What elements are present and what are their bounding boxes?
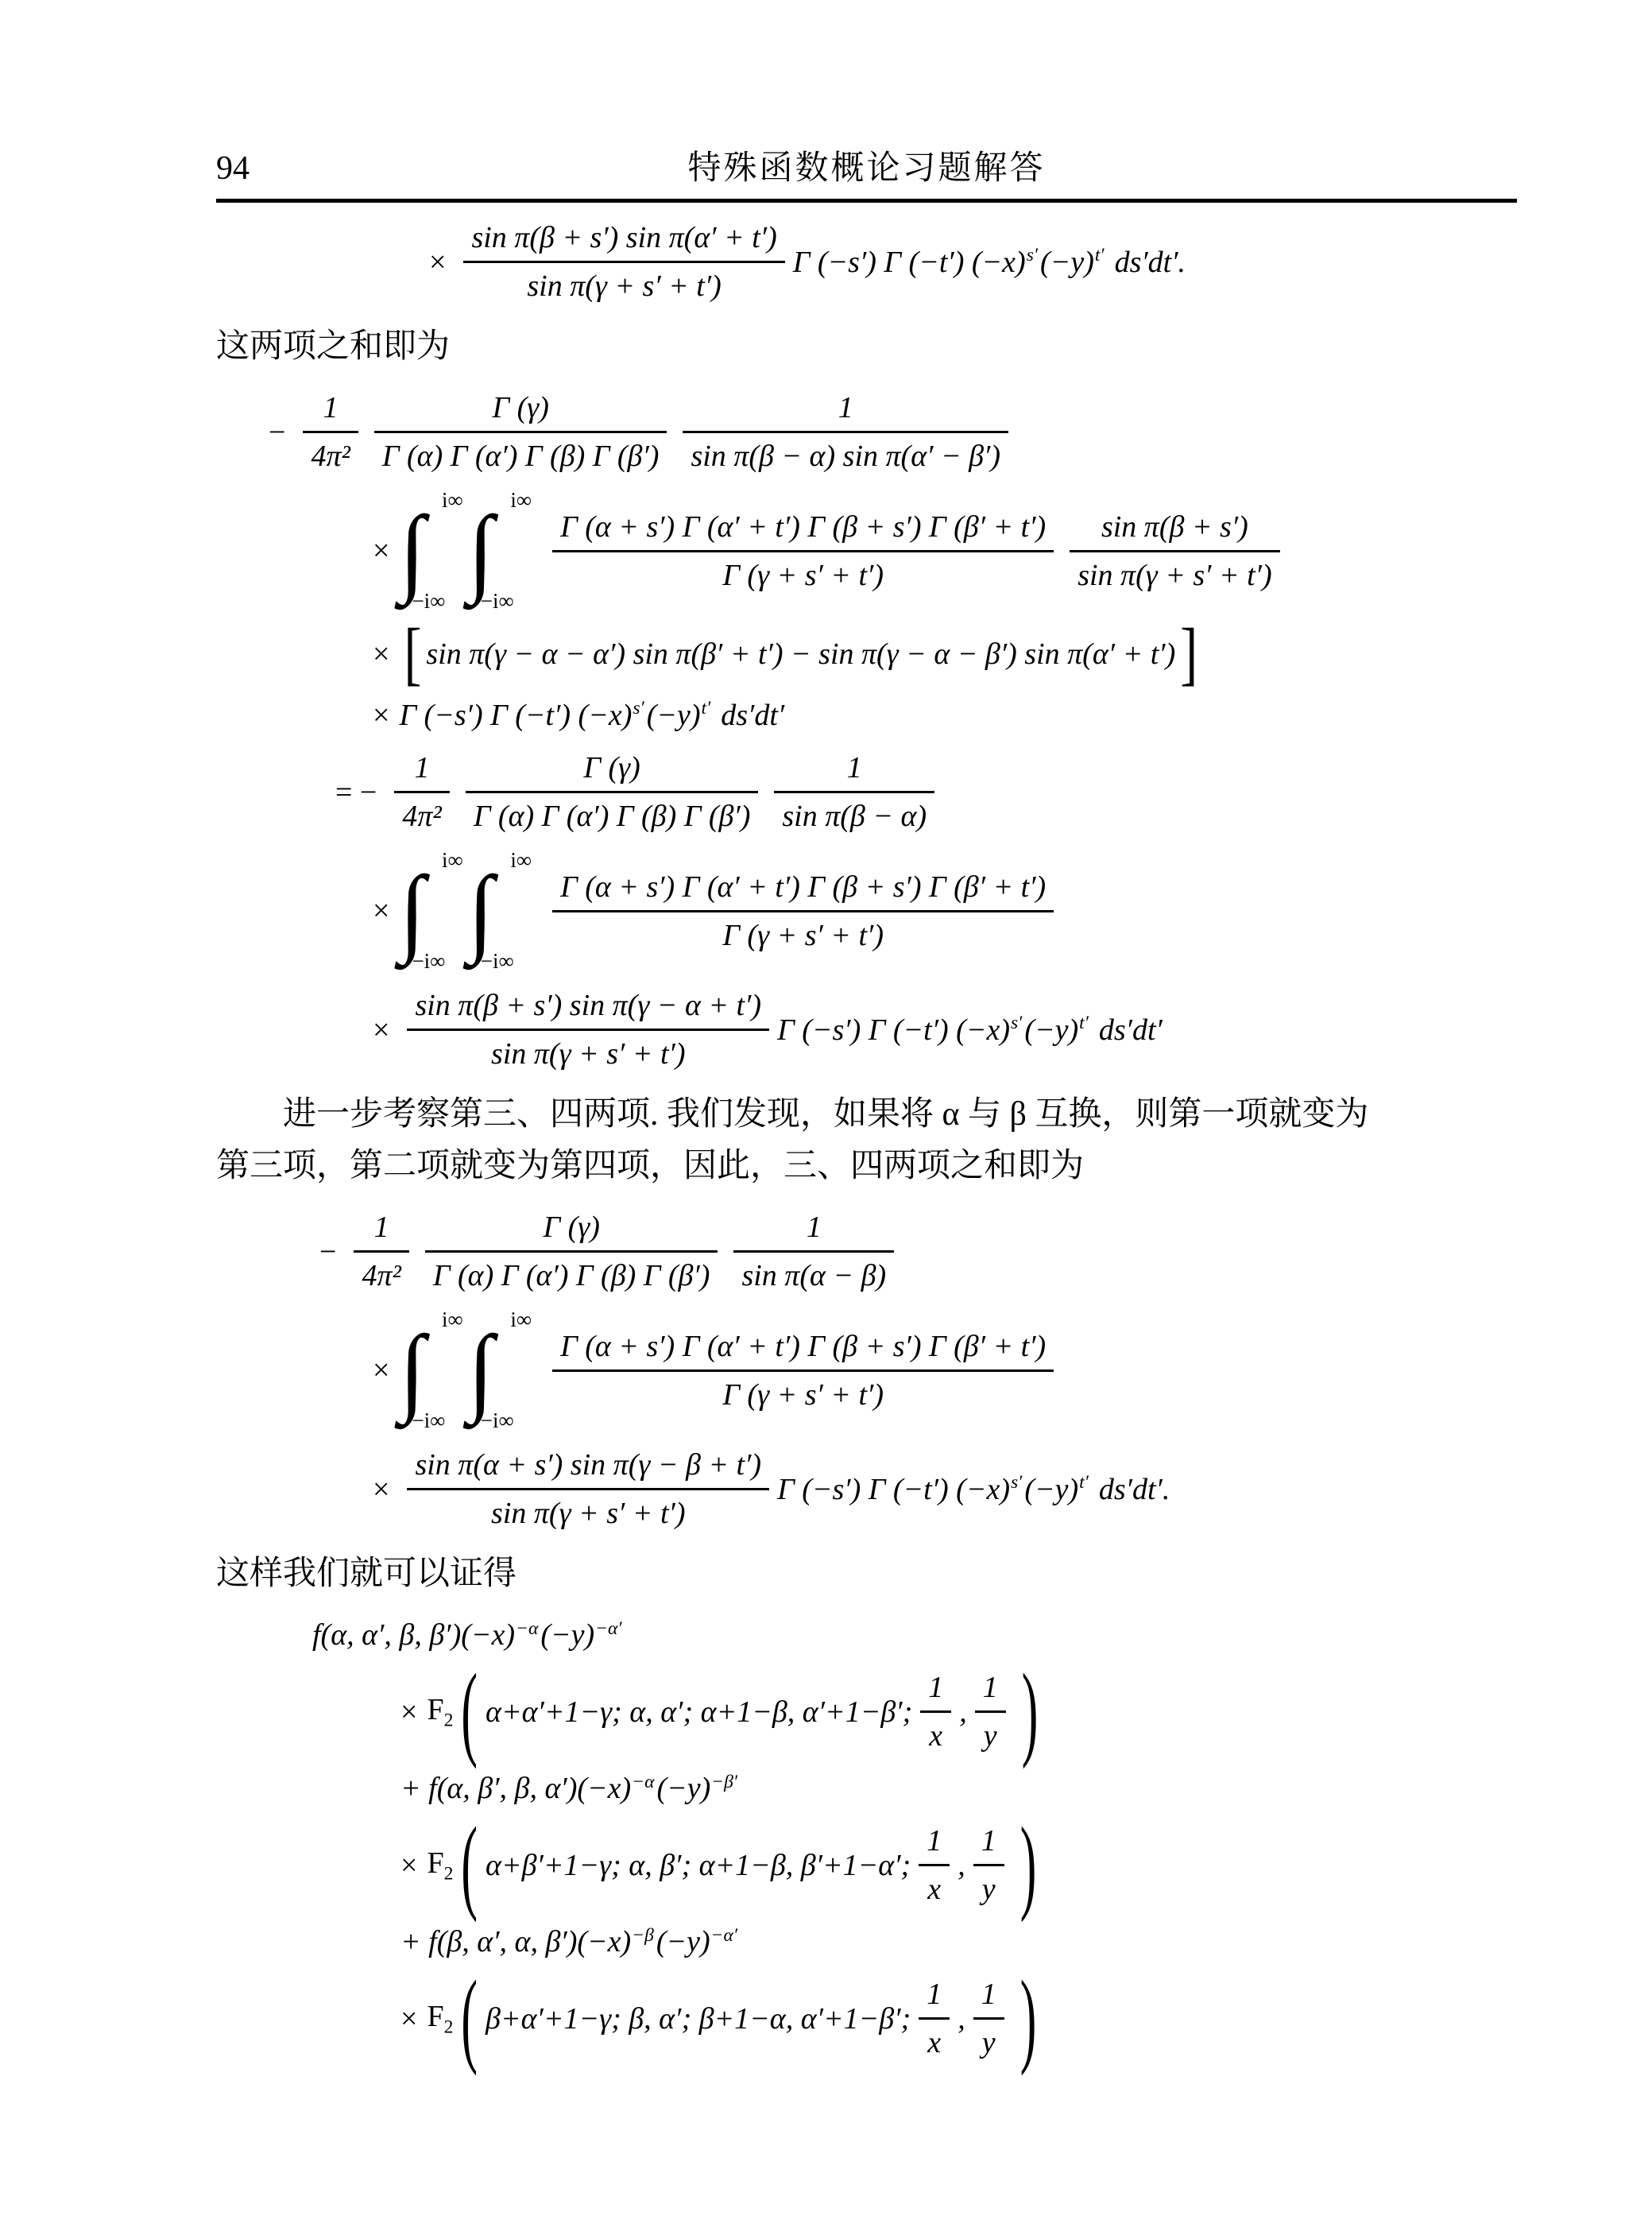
left-paren: ( (461, 1659, 478, 1765)
sin-fraction: sin π(β + s′) sin π(γ + s′ + t′) (1070, 509, 1279, 593)
sin-fraction: sin π(β + s′) sin π(γ − α + t′) sin π(γ … (407, 988, 769, 1071)
coef-fraction: 1 4π² (354, 1210, 408, 1293)
f2-function: F2 (427, 1692, 453, 1732)
sin-fraction: sin π(β + s′) sin π(α′ + t′) sin π(γ + s… (463, 220, 784, 304)
f2-arguments: α+α′+1−γ; α, α′; α+1−β, α′+1−β′; (486, 1695, 912, 1730)
gamma-tail: Γ (−s′) Γ (−t′) (−x)s′(−y)t′ds′dt′ (777, 1013, 1163, 1048)
one-over-x: 1 x (919, 1977, 950, 2060)
times-sign: × (373, 1013, 389, 1048)
times-sign: × (400, 1848, 417, 1883)
f-term-1: f(α, α′, β, β′)(−x)−α(−y)−α′ (312, 1617, 625, 1652)
f2-function: F2 (427, 1999, 453, 2039)
double-integral: ∫ i∞ −i∞ ∫ i∞ −i∞ (399, 1311, 536, 1430)
gamma-product-fraction: Γ (α + s′) Γ (α′ + t′) Γ (β + s′) Γ (β′ … (552, 509, 1054, 593)
formula-c2: × F2 ( α+α′+1−γ; α, α′; α+1−β, α′+1−β′; … (400, 1670, 1517, 1753)
left-bracket: [ (404, 619, 421, 690)
times-sign: × (400, 2001, 417, 2036)
f-term-3: + f(β, α′, α, β′)(−x)−β(−y)−α′ (400, 1924, 740, 1959)
comma: , (958, 2001, 965, 2036)
integral-sign: ∫ i∞ −i∞ (399, 1311, 467, 1430)
sin-fraction: 1 sin π(β − α) (774, 750, 934, 834)
gamma-tail: Γ (−s′) Γ (−t′) (−x)s′(−y)t′ds′dt′. (793, 245, 1186, 280)
times-sign: × (373, 698, 389, 733)
formula-c6: × F2 ( β+α′+1−γ; β, α′; β+1−α, α′+1−β′; … (400, 1977, 1517, 2060)
one-over-x: 1 x (919, 1823, 950, 1907)
gamma-tail: Γ (−s′) Γ (−t′) (−x)s′(−y)t′ds′dt′. (777, 1472, 1170, 1507)
header-rule (216, 199, 1517, 203)
times-sign: × (373, 637, 389, 672)
formula-c1: f(α, α′, β, β′)(−x)−α(−y)−α′ (312, 1617, 1517, 1652)
times-sign: × (400, 1695, 417, 1730)
gamma-fraction: Γ (γ) Γ (α) Γ (α′) Γ (β) Γ (β′) (425, 1210, 718, 1293)
times-sign: × (373, 533, 389, 568)
comma: , (959, 1695, 967, 1730)
gamma-product-fraction: Γ (α + s′) Γ (α′ + t′) Γ (β + s′) Γ (β′ … (552, 870, 1054, 953)
times-sign: × (429, 245, 446, 280)
double-integral: ∫ i∞ −i∞ ∫ i∞ −i∞ (399, 491, 536, 610)
integral-sign: ∫ i∞ −i∞ (468, 1311, 536, 1430)
equals-minus-sign: = − (335, 775, 377, 810)
f2-arguments: β+α′+1−γ; β, α′; β+1−α, α′+1−β′; (486, 2001, 911, 2036)
left-paren: ( (461, 1812, 478, 1918)
sin-fraction: 1 sin π(β − α) sin π(α′ − β′) (683, 390, 1008, 474)
formula-continuation: × sin π(β + s′) sin π(α′ + t′) sin π(γ +… (429, 220, 1517, 304)
formula-a4: × Γ (−s′) Γ (−t′) (−x)s′(−y)t′ds′dt′ (373, 698, 1517, 733)
times-sign: × (373, 1472, 389, 1507)
right-bracket: ] (1180, 619, 1197, 690)
times-sign: × (373, 893, 389, 928)
formula-a3: × [ sin π(γ − α − α′) sin π(β′ + t′) − s… (373, 628, 1517, 680)
formula-c3: + f(α, β′, β, α′)(−x)−α(−y)−β′ (400, 1771, 1517, 1806)
formula-a1: − 1 4π² Γ (γ) Γ (α) Γ (α′) Γ (β) Γ (β′) … (269, 390, 1517, 474)
coef-fraction: 1 4π² (394, 750, 449, 834)
f2-arguments: α+β′+1−γ; α, β′; α+1−β, β′+1−α′; (486, 1848, 911, 1883)
formula-a6: × ∫ i∞ −i∞ ∫ i∞ −i∞ Γ (α + s′) Γ (α′ + t… (373, 851, 1517, 970)
right-paren: ) (1022, 1659, 1039, 1765)
one-over-y: 1 y (975, 1670, 1006, 1753)
paragraph-sum-of-two-terms: 这两项之和即为 (216, 321, 1517, 373)
formula-a7: × sin π(β + s′) sin π(γ − α + t′) sin π(… (373, 988, 1517, 1071)
formula-a2: × ∫ i∞ −i∞ ∫ i∞ −i∞ Γ (α + s′) Γ (α′ + t… (373, 491, 1517, 610)
sin-difference-terms: sin π(γ − α − α′) sin π(β′ + t′) − sin π… (426, 637, 1175, 672)
f2-function: F2 (427, 1846, 453, 1885)
sin-fraction: 1 sin π(α − β) (733, 1210, 894, 1293)
formula-c4: × F2 ( α+β′+1−γ; α, β′; α+1−β, β′+1−α′; … (400, 1823, 1517, 1907)
gamma-product-fraction: Γ (α + s′) Γ (α′ + t′) Γ (β + s′) Γ (β′ … (552, 1329, 1054, 1412)
one-over-y: 1 y (973, 1977, 1004, 2060)
one-over-x: 1 x (920, 1670, 951, 1753)
formula-a5: = − 1 4π² Γ (γ) Γ (α) Γ (α′) Γ (β) Γ (β′… (335, 750, 1517, 834)
page-header: 94 特殊函数概论习题解答 (216, 141, 1517, 189)
integral-sign: ∫ i∞ −i∞ (468, 491, 536, 610)
formula-b1: − 1 4π² Γ (γ) Γ (α) Γ (α′) Γ (β) Γ (β′) … (319, 1210, 1517, 1293)
minus-sign: − (269, 415, 285, 450)
formula-c5: + f(β, α′, α, β′)(−x)−β(−y)−α′ (400, 1924, 1517, 1959)
double-integral: ∫ i∞ −i∞ ∫ i∞ −i∞ (399, 851, 536, 970)
integral-sign: ∫ i∞ −i∞ (399, 491, 467, 610)
sin-fraction: sin π(α + s′) sin π(γ − β + t′) sin π(γ … (407, 1447, 769, 1531)
left-paren: ( (461, 1966, 478, 2071)
one-over-y: 1 y (973, 1823, 1004, 1907)
paragraph-thus-we-prove: 这样我们就可以证得 (216, 1548, 1517, 1600)
book-page: 94 特殊函数概论习题解答 × sin π(β + s′) sin π(α′ +… (0, 0, 1652, 2060)
comma: , (958, 1848, 965, 1883)
formula-b2: × ∫ i∞ −i∞ ∫ i∞ −i∞ Γ (α + s′) Γ (α′ + t… (373, 1311, 1517, 1430)
coef-fraction: 1 4π² (303, 390, 358, 474)
gamma-tail: Γ (−s′) Γ (−t′) (−x)s′(−y)t′ds′dt′ (399, 698, 784, 733)
gamma-fraction: Γ (γ) Γ (α) Γ (α′) Γ (β) Γ (β′) (466, 750, 759, 834)
paragraph-swap-alpha-beta-line1: 进一步考察第三、四两项. 我们发现，如果将 α 与 β 互换，则第一项就变为 (216, 1089, 1517, 1141)
integral-sign: ∫ i∞ −i∞ (468, 851, 536, 970)
integral-sign: ∫ i∞ −i∞ (399, 851, 467, 970)
right-paren: ) (1020, 1966, 1037, 2071)
times-sign: × (373, 1353, 389, 1388)
minus-sign: − (319, 1234, 336, 1269)
gamma-fraction: Γ (γ) Γ (α) Γ (α′) Γ (β) Γ (β′) (374, 390, 667, 474)
f-term-2: + f(α, β′, β, α′)(−x)−α(−y)−β′ (400, 1771, 740, 1806)
running-title: 特殊函数概论习题解答 (319, 141, 1414, 189)
right-paren: ) (1020, 1812, 1037, 1918)
formula-b3: × sin π(α + s′) sin π(γ − β + t′) sin π(… (373, 1447, 1517, 1531)
paragraph-swap-alpha-beta-line2: 第三项，第二项就变为第四项，因此，三、四两项之和即为 (216, 1141, 1517, 1192)
page-number: 94 (216, 149, 319, 188)
